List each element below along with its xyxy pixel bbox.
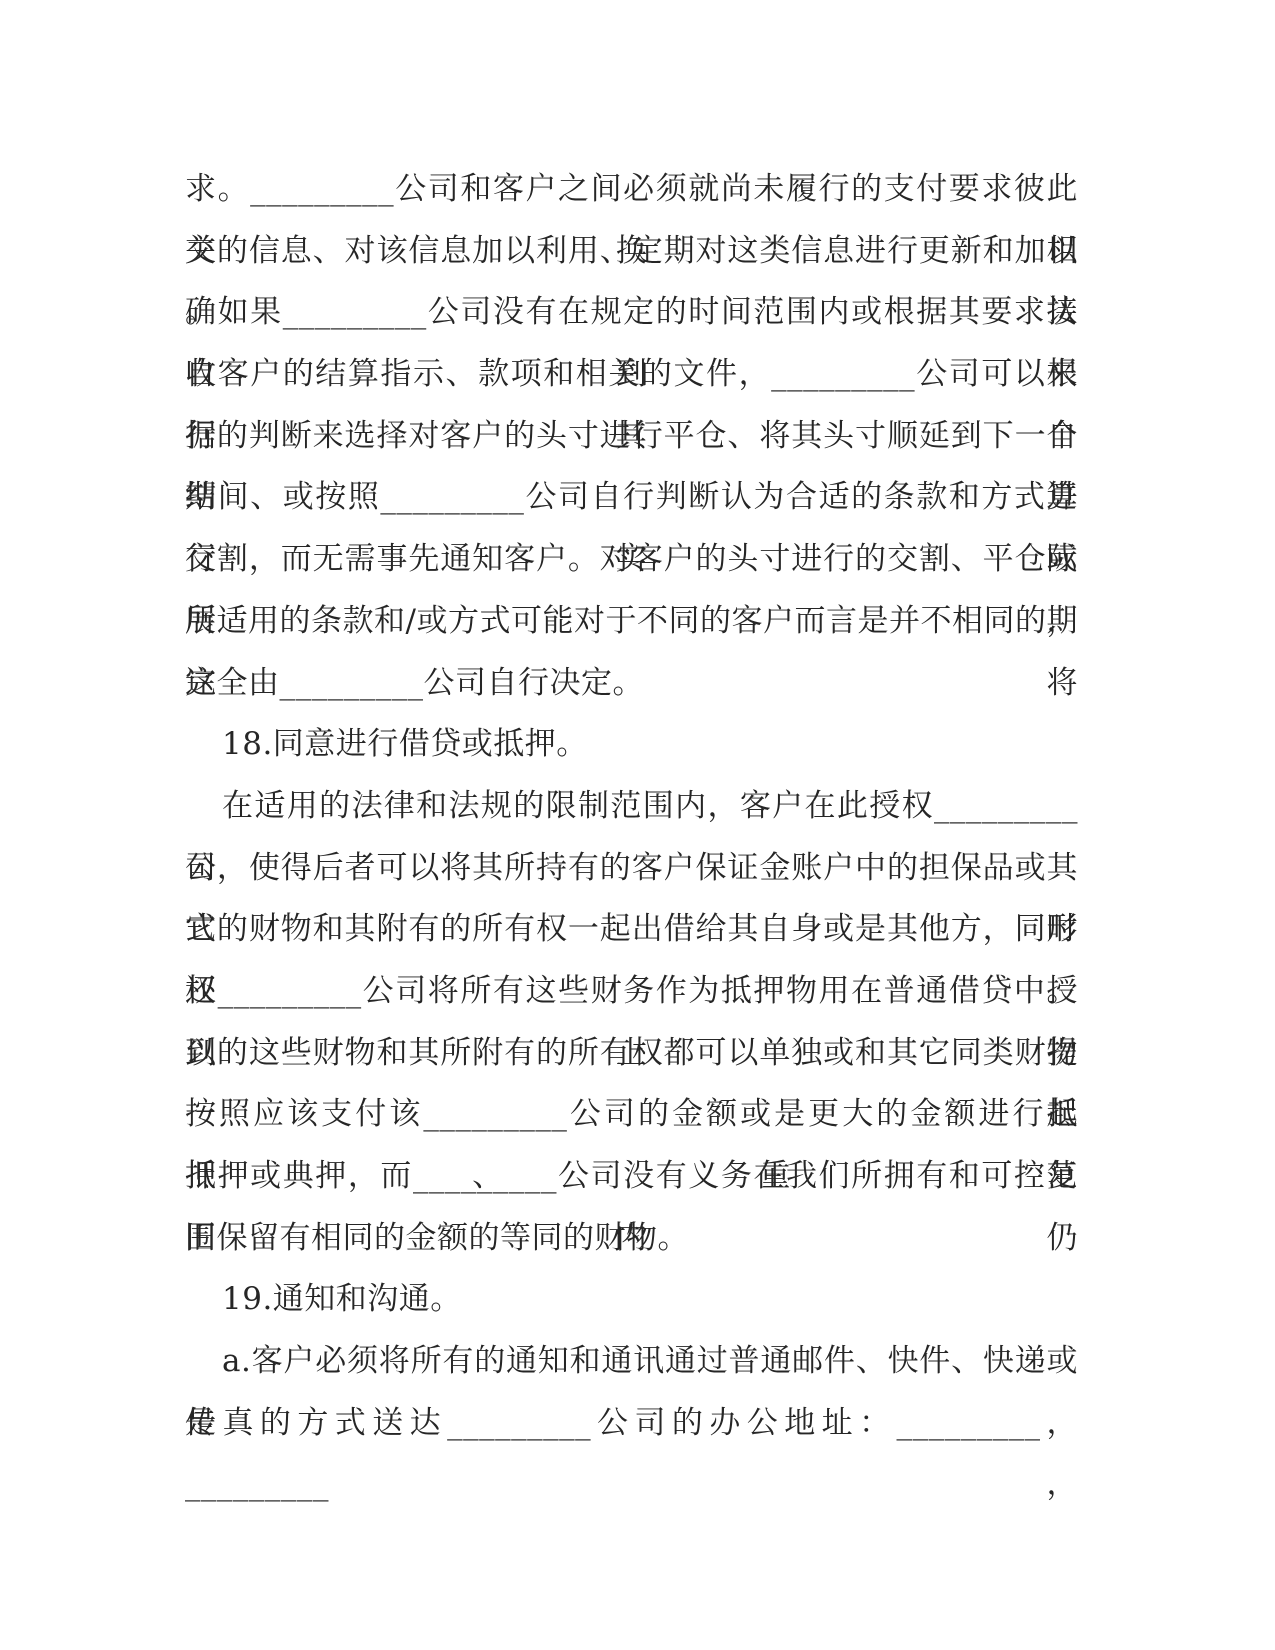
- text-line: a.客户必须将所有的通知和通讯通过普通邮件、快件、快递或是: [185, 1331, 1078, 1393]
- document-page: 求。_________公司和客户之间必须就尚未履行的支付要求彼此交换相 关的信息…: [0, 0, 1275, 1650]
- text-line: 关的信息、对该信息加以利用、定期对这类信息进行更新和加以确认: [185, 221, 1078, 283]
- text-line: 抵押或典押，而_________公司没有义务在我们所拥有和可控范围内仍: [185, 1146, 1078, 1208]
- text-line: 求。_________公司和客户之间必须就尚未履行的支付要求彼此交换相: [185, 159, 1078, 221]
- text-line: 所适用的条款和/或方式可能对于不同的客户而言是并不相同的，这将: [185, 591, 1078, 653]
- contract-text-block: 求。_________公司和客户之间必须就尚未履行的支付要求彼此交换相 关的信息…: [185, 159, 1078, 1454]
- text-line: 按照应该支付该_________公司的金额或是更大的金额进行抵押、重复: [185, 1084, 1078, 1146]
- text-line: 行的判断来选择对客户的头寸进行平仓、将其头寸顺延到下一个结算: [185, 406, 1078, 468]
- text-line: 司，使得后者可以将其所持有的客户保证金账户中的担保品或其它形: [185, 838, 1078, 900]
- text-line: 权_________公司将所有这些财务作为抵押物用在普通借贷中。以上提: [185, 961, 1078, 1023]
- text-line: 自客户的结算指示、款项和相关的文件，_________公司可以根据其自: [185, 344, 1078, 406]
- text-line: 期间、或按照_________公司自行判断认为合适的条款和方式进行实际: [185, 467, 1078, 529]
- text-line: 到的这些财物和其所附有的所有权都可以单独或和其它同类财物一起: [185, 1023, 1078, 1085]
- text-line: 在适用的法律和法规的限制范围内，客户在此授权_________公: [185, 776, 1078, 838]
- clause-18-heading: 18.同意进行借贷或抵押。: [185, 714, 1078, 776]
- text-line: 交割，而无需事先通知客户。对客户的头寸进行的交割、平仓或展期: [185, 529, 1078, 591]
- text-line: 传真的方式送达_________公司的办公地址：_________，______…: [185, 1393, 1078, 1455]
- text-line: 。如果_________公司没有在规定的时间范围内或根据其要求接收到来: [185, 282, 1078, 344]
- clause-19-heading: 19.通知和沟通。: [185, 1269, 1078, 1331]
- text-line: 式的财物和其附有的所有权一起出借给其自身或是其他方，同时还授: [185, 899, 1078, 961]
